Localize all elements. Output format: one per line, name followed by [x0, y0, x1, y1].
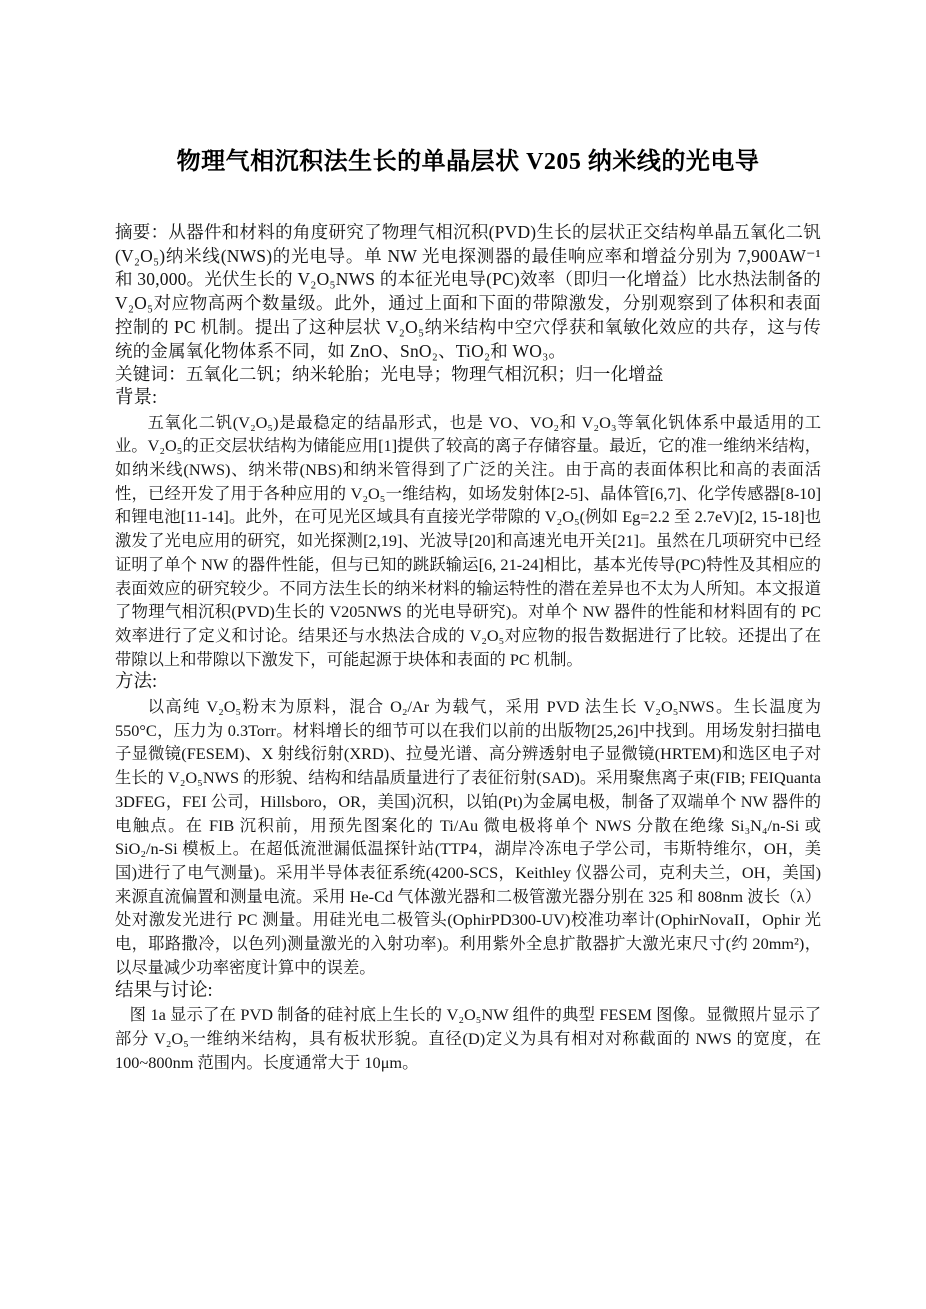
document-page: 物理气相沉积法生长的单晶层状 V205 纳米线的光电导 摘要：从器件和材料的角度… — [0, 0, 926, 1309]
background-paragraph: 五氧化二钒(V₂O₅)是最稳定的结晶形式，也是 VO、VO₂和 V₂O₃等氧化钒… — [115, 411, 821, 672]
document-title: 物理气相沉积法生长的单晶层状 V205 纳米线的光电导 — [115, 145, 821, 179]
section-heading-results: 结果与讨论: — [115, 980, 821, 1004]
results-paragraph: 图 1a 显示了在 PVD 制备的硅衬底上生长的 V₂O₅NW 组件的典型 FE… — [115, 1003, 821, 1074]
section-heading-background: 背景: — [115, 387, 821, 411]
abstract-paragraph: 摘要：从器件和材料的角度研究了物理气相沉积(PVD)生长的层状正交结构单晶五氧化… — [115, 221, 821, 363]
document-content: 物理气相沉积法生长的单晶层状 V205 纳米线的光电导 摘要：从器件和材料的角度… — [115, 145, 821, 1074]
methods-paragraph: 以高纯 V₂O₅粉末为原料，混合 O₂/Ar 为载气，采用 PVD 法生长 V₂… — [115, 695, 821, 979]
keywords-line: 关键词：五氧化二钒；纳米轮胎；光电导；物理气相沉积；归一化增益 — [115, 363, 821, 387]
section-heading-methods: 方法: — [115, 671, 821, 695]
